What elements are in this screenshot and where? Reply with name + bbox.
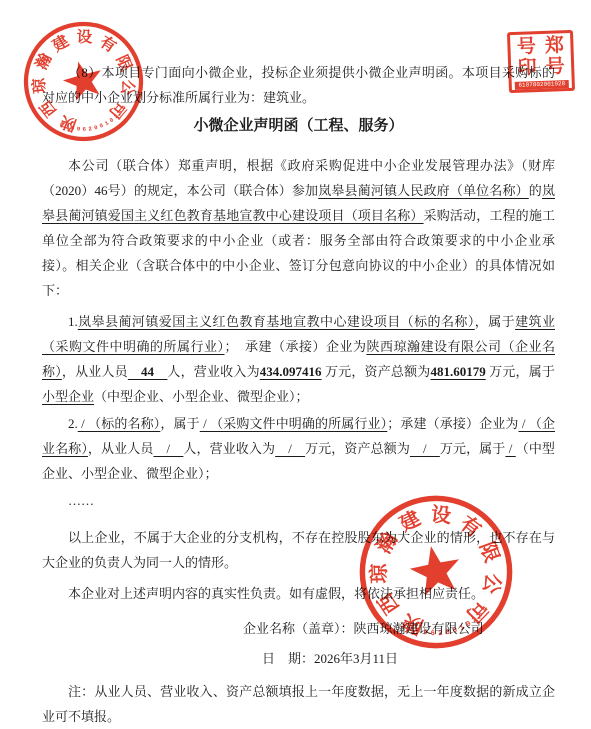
filled-enterprise-type: 小型企业 (42, 389, 94, 404)
declaration-document-page: （8）本项目专门面向小微企业，投标企业须提供小微企业声明函。本项目采购标的对应的… (0, 0, 591, 729)
signature-date-value: 2026年3月11日 (314, 651, 398, 666)
filled-assets: 481.60179 (430, 364, 485, 379)
svg-text:建: 建 (49, 32, 72, 56)
ellipsis-line: …… (42, 488, 555, 513)
blank-enterprise-type: / (505, 441, 515, 456)
item-number: 2. (68, 416, 78, 431)
text-segment: 人，营业收入为 (183, 441, 275, 456)
blank-industry: / （采购文件中明确的所属行业） (200, 416, 388, 431)
responsibility-paragraph: 本企业对上述声明内容的真实性负责。如有虚假，将依法承担相应责任。 (42, 581, 555, 606)
filled-employee-count: 44 (128, 364, 168, 379)
note-paragraph: 注：从业人员、营业收入、资产总额填报上一年度数据，无上一年度数据的新成立企业可不… (42, 679, 555, 729)
text-segment: ，从业人员 (88, 441, 154, 456)
text-segment: ，属于 (160, 416, 199, 431)
item-number: 1. (68, 314, 78, 329)
svg-text:设: 设 (76, 28, 92, 46)
filled-revenue: 434.097416 (260, 364, 322, 379)
text-segment: 万元，属于 (486, 364, 555, 379)
signature-company-label: 企业名称（盖章）： (243, 621, 354, 636)
filled-subject-name: 岚皋县蔺河镇爱国主义红色教育基地宣教中心建设项目（标的名称） (78, 314, 475, 329)
blank-employee-count: / (153, 441, 183, 456)
text-segment: 万元，属于 (440, 441, 506, 456)
text-segment: （中型企业、小型企业、微型企业）； (94, 389, 309, 404)
text-segment: ；承建（承接）企业为 (387, 416, 518, 431)
item2-paragraph: 2. / （标的名称），属于 / （采购文件中明确的所属行业）；承建（承接）企业… (42, 411, 555, 486)
no-large-enterprise-paragraph: 以上企业，不属于大企业的分支机构，不存在控股股东为大企业的情形，也不存在与大企业… (42, 525, 555, 575)
blank-subject-name: / （标的名称） (78, 416, 161, 431)
signature-company-value: 陕西琼瀚建设有限公司 (354, 621, 484, 636)
signature-date-label: 日 期： (262, 651, 314, 666)
text-segment: 人，营业收入为 (167, 364, 259, 379)
text-segment: 万元，资产总额为 (305, 441, 410, 456)
signature-date-line: 日 期：2026年3月11日 (42, 646, 555, 671)
signature-company-line: 企业名称（盖章）：陕西琼瀚建设有限公司 (42, 616, 555, 641)
document-title: 小微企业声明函（工程、服务） (42, 114, 555, 139)
item1-paragraph: 1.岚皋县蔺河镇爱国主义红色教育基地宣教中心建设项目（标的名称），属于建筑业（采… (42, 309, 555, 409)
intro-paragraph: （8）本项目专门面向小微企业，投标企业须提供小微企业声明函。本项目采购标的对应的… (42, 60, 555, 110)
text-segment: 万元，资产总额为 (322, 364, 431, 379)
text-segment: 的 (529, 183, 542, 198)
text-segment: ； 承建（承接）企业为 (224, 339, 366, 354)
blank-revenue: / (275, 441, 305, 456)
intro-text: （8）本项目专门面向小微企业，投标企业须提供小微企业声明函。本项目采购标的对应的… (42, 65, 555, 105)
svg-text:有: 有 (96, 32, 120, 57)
declaration-paragraph: 本公司（联合体）郑重声明，根据《政府采购促进中小企业发展管理办法》（财库（202… (42, 153, 555, 303)
blank-assets: / (410, 441, 440, 456)
filled-unit-name: 岚皋县蔺河镇人民政府（单位名称） (318, 183, 529, 198)
text-segment: ，从业人员 (62, 364, 128, 379)
seal-character: 郑 (545, 36, 565, 58)
text-segment: ，属于 (475, 314, 515, 329)
seal-character: 号 (517, 37, 537, 59)
document-body: （8）本项目专门面向小微企业，投标企业须提供小微企业声明函。本项目采购标的对应的… (42, 60, 555, 729)
